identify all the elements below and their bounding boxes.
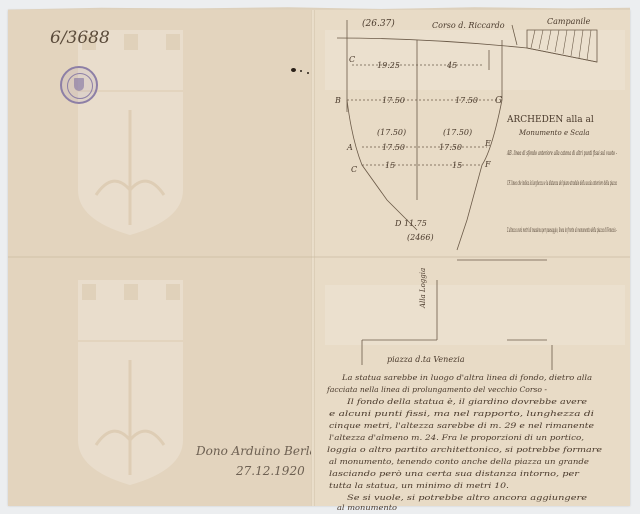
- campanile-label: Campanile: [547, 17, 591, 26]
- notes-para: CF. linea che indica la larghezza e la d…: [507, 180, 617, 187]
- ink-blot: [291, 68, 296, 72]
- street-label: Corso d. Riccardo: [432, 21, 505, 30]
- svg-text:e alcuni punti fissi, ma nel r: e alcuni punti fissi, ma nel rapporto, l…: [329, 410, 594, 418]
- svg-text:45: 45: [446, 61, 457, 70]
- svg-text:E: E: [484, 139, 491, 148]
- svg-text:tutta la statua, un minimo di: tutta la statua, un minimo di metri 10.: [329, 482, 509, 490]
- archive-stamp-icon: [60, 66, 98, 104]
- notes-heading: ARCHEDEN alla al: [506, 115, 594, 125]
- stamp-shield-icon: [74, 78, 84, 91]
- notes-para: AB. linea di sfondo anteriore alla caten…: [506, 150, 617, 157]
- svg-text:(2466): (2466): [407, 233, 434, 242]
- point-d-label: D 11.75: [394, 219, 427, 228]
- svg-text:(17.50): (17.50): [443, 128, 472, 137]
- coat-of-arms-watermark-icon: [78, 30, 183, 235]
- coat-of-arms-watermark-icon: [78, 280, 183, 485]
- svg-text:A: A: [346, 143, 353, 152]
- svg-text:Se si vuole, si potrebbe altro: Se si vuole, si potrebbe altro ancora ag…: [347, 494, 587, 502]
- svg-text:15: 15: [385, 161, 395, 170]
- svg-text:Monumento e Scala: Monumento e Scala: [518, 129, 590, 137]
- svg-text:17.50: 17.50: [382, 143, 405, 152]
- svg-text:F: F: [484, 160, 491, 169]
- svg-text:17.50: 17.50: [382, 96, 405, 105]
- inventory-number: 6/3688: [50, 28, 110, 48]
- svg-text:B: B: [334, 96, 341, 105]
- svg-text:al monumento: al monumento: [337, 504, 397, 512]
- svg-text:C: C: [349, 55, 355, 64]
- sketch-label: (26.37): [362, 18, 395, 29]
- donation-date: 27.12.1920: [236, 464, 305, 478]
- svg-text:G: G: [495, 96, 502, 106]
- svg-text:17.50: 17.50: [455, 96, 478, 105]
- sketch-map: (26.37) Corso d. Riccardo Campanile C B …: [307, 0, 640, 514]
- svg-text:La statua sarebbe in luogo d'a: La statua sarebbe in luogo d'altra linea…: [341, 374, 592, 382]
- svg-text:(17.50): (17.50): [377, 128, 406, 137]
- side-label: Alla Loggia: [419, 268, 427, 309]
- svg-text:Il fondo della statua è, il gi: Il fondo della statua è, il giardino dov…: [346, 398, 587, 406]
- svg-text:17.50: 17.50: [439, 143, 462, 152]
- svg-text:lasciando però una certa sua d: lasciando però una certa sua distanza in…: [329, 470, 580, 478]
- left-page: 6/3688 Dono Arduino Berlam 27.12.1920: [8, 10, 313, 506]
- ink-dot: [300, 70, 302, 72]
- svg-text:l'altezza d'almeno m. 24. Fra: l'altezza d'almeno m. 24. Fra le proporz…: [329, 434, 584, 442]
- svg-text:cinque metri, l'altezza sarebb: cinque metri, l'altezza sarebbe di m. 29…: [329, 422, 594, 430]
- svg-text:al monumento, tenendo conto an: al monumento, tenendo conto anche della …: [329, 458, 589, 466]
- svg-text:facciata nella linea di prolun: facciata nella linea di prolungamento de…: [326, 386, 548, 394]
- svg-text:19.25: 19.25: [377, 61, 400, 70]
- notes-para: L'altezza avrà metri di massima per paes…: [507, 227, 617, 234]
- piazza-label: piazza d.ta Venezia: [387, 355, 465, 364]
- svg-text:15: 15: [452, 161, 462, 170]
- svg-text:loggia o altro partito archite: loggia o altro partito architettonico, s…: [327, 446, 602, 454]
- svg-text:C: C: [351, 165, 357, 174]
